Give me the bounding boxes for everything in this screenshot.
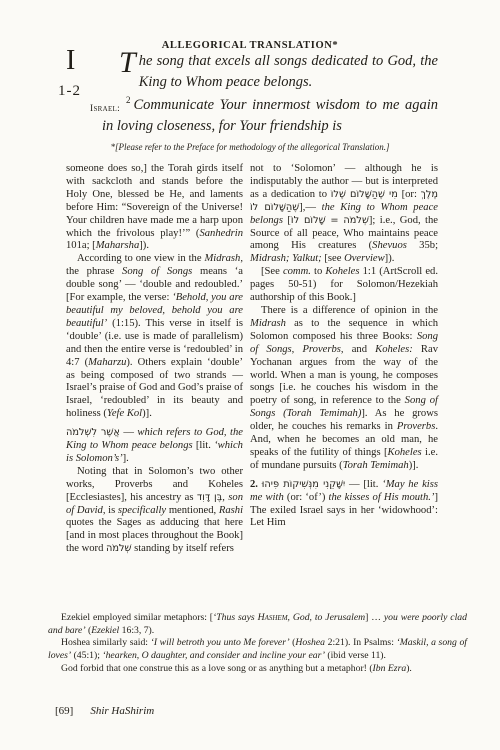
footnote-paragraph: Ezekiel employed similar metaphors: [‘Th…: [48, 612, 467, 637]
text-run: )].: [409, 460, 419, 471]
methodology-footnote: *[Please refer to the Preface for method…: [0, 142, 500, 152]
text-run: (or: ‘of’): [284, 492, 329, 503]
hebrew-phrase: שְׁלֹמֹה: [106, 543, 131, 554]
translation-verse-1: The song that excels all songs dedicated…: [119, 51, 438, 92]
text-run: ‘Thus says: [213, 612, 258, 623]
text-run: —: [120, 427, 138, 438]
chapter-numeral: I: [66, 47, 75, 75]
text-run: specifically: [118, 505, 166, 516]
text-run: Ibn Ezra: [373, 663, 407, 674]
text-run: Proverbs: [397, 421, 435, 432]
text-run: [See: [261, 266, 283, 277]
page-footer: [69]Shir HaShirim: [55, 705, 154, 717]
text-run: Torah Temimah: [343, 460, 409, 471]
text-run: ).: [406, 663, 412, 674]
footnote-paragraph: Hoshea similarly said: ‘I will betroth y…: [48, 637, 467, 662]
text-run: mentioned,: [166, 505, 219, 516]
commentary-paragraph: According to one view in the Midrash, th…: [66, 253, 243, 421]
commentary-columns: someone does so,] the Torah girds itself…: [66, 163, 438, 556]
text-run: ]).: [139, 240, 149, 251]
text-run: There is a difference of opinion in the: [261, 305, 438, 316]
book-title: Shir HaShirim: [90, 705, 154, 717]
text-run: Song of Songs: [122, 266, 192, 277]
hebrew-phrase: בֶּן דָּוִד: [197, 492, 222, 503]
commentary-paragraph: Noting that in Solomon’s two other works…: [66, 466, 243, 556]
verse-2-number: 2: [126, 95, 131, 105]
hebrew-phrase: מִי שֶׁהַשָּׁלוֹם שֶׁלוֹ: [331, 189, 398, 200]
footnote-paragraph: God forbid that one construe this as a l…: [48, 663, 467, 676]
text-run: Koheles: [388, 447, 422, 458]
text-run: 16:3, 7).: [119, 625, 154, 636]
drop-cap: T: [119, 51, 139, 75]
commentary-column-right: not to ‘Solomon’ — although he is indisp…: [250, 163, 438, 556]
text-run: ]).: [385, 253, 395, 264]
text-run: [or:: [398, 189, 421, 200]
text-run: — [lit.: [345, 479, 382, 490]
text-run: (45:1);: [71, 650, 102, 661]
text-run: Hoshea: [295, 637, 325, 648]
text-run: ].: [123, 453, 129, 464]
text-run: to: [311, 266, 325, 277]
text-run: ‘hearken, O daughter, and consider and i…: [102, 650, 325, 661]
text-run: Hoshea similarly said:: [61, 637, 151, 648]
text-run: Rashi: [219, 505, 243, 516]
text-run: 2.: [250, 479, 262, 490]
text-run: standing by itself refers: [131, 543, 233, 554]
book-page: ALLEGORICAL TRANSLATION* I 1-2 Israel: T…: [0, 0, 500, 750]
text-run: Yefe Kol: [107, 408, 142, 419]
text-run: Midrash: [204, 253, 240, 264]
hebrew-phrase: אֲשֶׁר לִשְׁלֹמֹה: [66, 427, 120, 438]
commentary-paragraph: 2. יִשָּׁקֵנִי מִנְּשִׁיקוֹת פִּיהוּ — […: [250, 479, 438, 531]
text-run: [see: [322, 253, 344, 264]
commentary-paragraph: someone does so,] the Torah girds itself…: [66, 163, 243, 253]
text-run: the kisses of His mouth.’: [329, 492, 435, 503]
text-run: ],—: [299, 202, 321, 213]
text-run: and: [344, 344, 376, 355]
hebrew-phrase: יִשָּׁקֵנִי מִנְּשִׁיקוֹת פִּיהוּ: [262, 479, 345, 490]
text-run: Ezekiel: [91, 625, 119, 636]
verse-1-text: he song that excels all songs dedicated …: [139, 53, 438, 90]
text-run: God forbid that one construe this as a l…: [61, 663, 373, 674]
text-run: [lit.: [193, 440, 215, 451]
text-run: Ezekiel employed similar metaphors: [: [61, 612, 213, 623]
text-run: Midrash: [250, 318, 286, 329]
footnotes-section: Ezekiel employed similar metaphors: [‘Th…: [48, 612, 467, 676]
verse-2-text: Communicate Your innermost wisdom to me …: [102, 97, 438, 134]
commentary-paragraph: not to ‘Solomon’ — although he is indisp…: [250, 163, 438, 266]
text-run: 2:21). In Psalms:: [325, 637, 396, 648]
text-run: , is: [103, 505, 118, 516]
text-run: comm.: [283, 266, 311, 277]
text-run: Hashem,: [258, 612, 290, 623]
text-run: ‘I will betroth you unto Me forever’: [151, 637, 290, 648]
page-number: [69]: [55, 705, 73, 717]
commentary-paragraph: There is a difference of opinion in the …: [250, 305, 438, 473]
translation-block: The song that excels all songs dedicated…: [102, 51, 438, 136]
commentary-paragraph: [See comm. to Koheles 1:1 (ArtScroll ed.…: [250, 266, 438, 305]
text-run: [: [283, 215, 291, 226]
text-run: Sanhedrin: [199, 228, 243, 239]
hebrew-phrase: שְׁלֹמֹה = שָׁלוֹם לוֹ: [291, 215, 369, 226]
text-run: Midrash; Yalkut;: [250, 253, 322, 264]
text-run: Maharzu: [88, 357, 126, 368]
text-run: 35b;: [407, 240, 438, 251]
text-run: ] …: [365, 612, 384, 623]
text-run: Maharsha: [96, 240, 140, 251]
text-run: According to one view in the: [77, 253, 204, 264]
text-run: Shevuos: [372, 240, 407, 251]
text-run: God, to Jerusalem: [290, 612, 365, 623]
text-run: (ibid verse 11).: [325, 650, 386, 661]
translation-verse-2: 2Communicate Your innermost wisdom to me…: [102, 95, 438, 136]
verse-range: 1-2: [58, 83, 81, 100]
text-run: Koheles: [325, 266, 359, 277]
text-run: )].: [142, 408, 152, 419]
text-run: Overview: [344, 253, 385, 264]
text-run: 101a; [: [66, 240, 96, 251]
commentary-column-left: someone does so,] the Torah girds itself…: [66, 163, 243, 556]
text-run: Koheles:: [375, 344, 413, 355]
commentary-paragraph: אֲשֶׁר לִשְׁלֹמֹה — which refers to God,…: [66, 427, 243, 466]
